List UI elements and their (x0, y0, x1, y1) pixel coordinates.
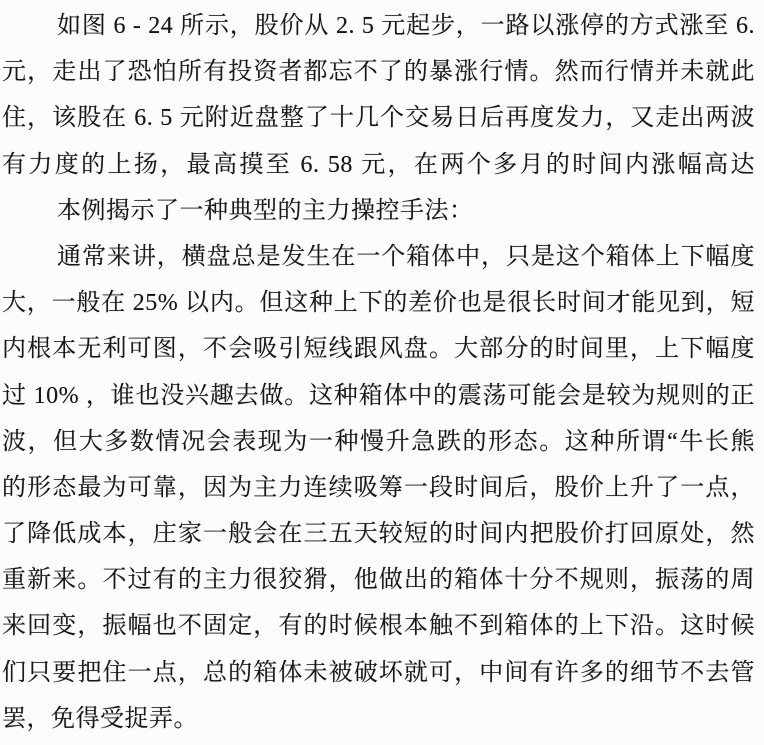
text-line-16: 罢，免得受捉弄。 (2, 696, 755, 742)
text-line-12: 了降低成本，庄家一般会在三五天较短的时间内把股价打回原处，然后 (2, 511, 755, 557)
text-line-15: 们只要把住一点，总的箱体未被破坏就可，中间有许多的细节不去管也 (2, 650, 755, 696)
text-line-11: 的形态最为可靠，因为主力连续吸筹一段时间后，股价上升了一点，为 (2, 465, 755, 511)
text-line-5: 本例揭示了一种典型的主力操控手法： (2, 188, 755, 234)
text-line-1: 如图 6 - 24 所示，股价从 2. 5 元起步，一路以涨停的方式涨至 6. … (2, 3, 755, 49)
text-line-4: 有力度的上扬，最高摸至 6. 58 元，在两个多月的时间内涨幅高达 160%。 (2, 142, 755, 188)
text-line-9: 过 10% ，谁也没兴趣去做。这种箱体中的震荡可能会是较为规则的正弦 (2, 373, 755, 419)
text-line-8: 内根本无利可图，不会吸引短线跟风盘。大部分的时间里，上下幅度不 (2, 326, 755, 372)
text-line-2: 元，走出了恐怕所有投资者都忘不了的暴涨行情。然而行情并未就此打 (2, 49, 755, 95)
text-line-3: 住，该股在 6. 5 元附近盘整了十几个交易日后再度发力，又走出两波较 (2, 95, 755, 141)
text-line-13: 重新来。不过有的主力很狡猾，他做出的箱体十分不规则，振荡的周期 (2, 557, 755, 603)
text-line-14: 来回变，振幅也不固定，有的时候根本触不到箱体的上下沿。这时候我 (2, 603, 755, 649)
text-line-6: 通常来讲，横盘总是发生在一个箱体中，只是这个箱体上下幅度不 (2, 234, 755, 280)
text-line-7: 大，一般在 25% 以内。但这种上下的差价也是很长时间才能见到，短期 (2, 280, 755, 326)
text-line-10: 波，但大多数情况会表现为一种慢升急跌的形态。这种所谓“牛长熊短” (2, 419, 755, 465)
document-page: 如图 6 - 24 所示，股价从 2. 5 元起步，一路以涨停的方式涨至 6. … (0, 0, 764, 745)
